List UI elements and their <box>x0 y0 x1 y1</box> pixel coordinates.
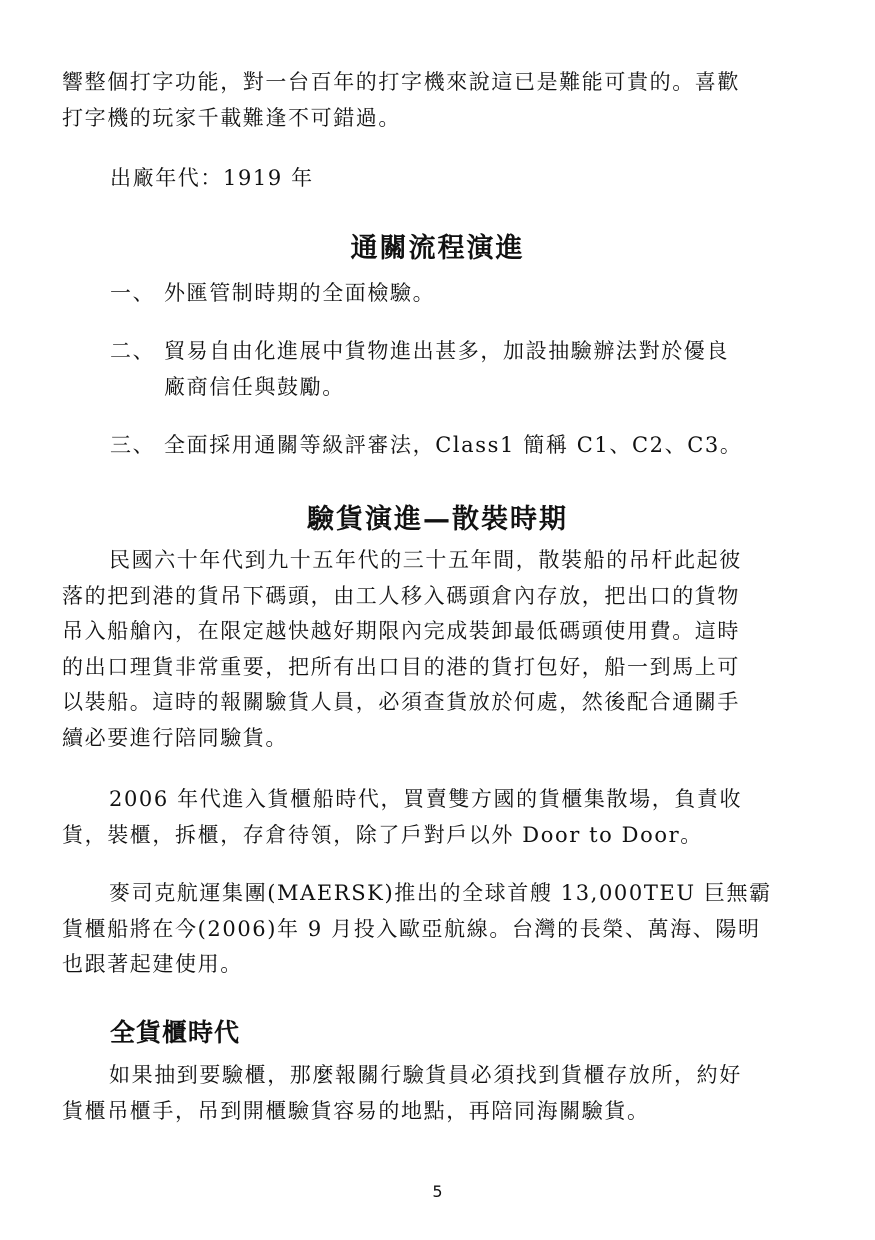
paragraph-line: 續必要進行陪同驗貨。 <box>62 721 810 757</box>
list-line: 外匯管制時期的全面檢驗。 <box>164 276 810 312</box>
list-marker: 一、 <box>110 276 164 312</box>
paragraph-line: 民國六十年代到九十五年代的三十五年間，散裝船的吊杆此起彼 <box>62 543 810 579</box>
list-text: 全面採用通關等級評審法，Class1 簡稱 C1、C2、C3。 <box>164 428 810 464</box>
section-heading-breakbulk: 驗貨演進—散裝時期 <box>0 497 875 536</box>
paragraph-line: 吊入船艙內，在限定越快越好期限內完成裝卸最低碼頭使用費。這時 <box>62 614 810 650</box>
paragraph-line: 落的把到港的貨吊下碼頭，由工人移入碼頭倉內存放，把出口的貨物 <box>62 579 810 615</box>
paragraph-line: 貨櫃吊櫃手，吊到開櫃驗貨容易的地點，再陪同海關驗貨。 <box>62 1094 810 1130</box>
paragraph-line: 2006 年代進入貨櫃船時代，買賣雙方國的貨櫃集散場，負責收 <box>62 782 810 818</box>
breakbulk-paragraph-1: 民國六十年代到九十五年代的三十五年間，散裝船的吊杆此起彼 落的把到港的貨吊下碼頭… <box>62 543 810 756</box>
document-page: 響整個打字功能，對一台百年的打字機來說這已是難能可貴的。喜歡 打字機的玩家千載難… <box>0 0 875 1240</box>
list-marker: 二、 <box>110 334 164 405</box>
manufacture-year-text: 出廠年代：1919 年 <box>110 161 858 197</box>
list-item-2: 二、 貿易自由化進展中貨物進出甚多，加設抽驗辦法對於優良 廠商信任與鼓勵。 <box>110 334 810 405</box>
paragraph-line: 貨，裝櫃，拆櫃，存倉待領，除了戶對戶以外 Door to Door。 <box>62 818 810 854</box>
section-heading-container: 全貨櫃時代 <box>110 1013 240 1049</box>
intro-line: 打字機的玩家千載難逢不可錯過。 <box>62 101 810 137</box>
container-paragraph: 如果抽到要驗櫃，那麼報關行驗貨員必須找到貨櫃存放所，約好 貨櫃吊櫃手，吊到開櫃驗… <box>62 1058 810 1129</box>
list-text: 貿易自由化進展中貨物進出甚多，加設抽驗辦法對於優良 廠商信任與鼓勵。 <box>164 334 810 405</box>
page-number: 5 <box>0 1182 875 1201</box>
intro-paragraph: 響整個打字功能，對一台百年的打字機來說這已是難能可貴的。喜歡 打字機的玩家千載難… <box>62 65 810 136</box>
breakbulk-paragraph-2: 2006 年代進入貨櫃船時代，買賣雙方國的貨櫃集散場，負責收 貨，裝櫃，拆櫃，存… <box>62 782 810 853</box>
paragraph-line: 的出口理貨非常重要，把所有出口目的港的貨打包好，船一到馬上可 <box>62 650 810 686</box>
list-line: 廠商信任與鼓勵。 <box>164 370 810 406</box>
paragraph-line: 也跟著起建使用。 <box>62 947 810 983</box>
intro-line: 響整個打字功能，對一台百年的打字機來說這已是難能可貴的。喜歡 <box>62 65 810 101</box>
paragraph-line: 麥司克航運集團(MAERSK)推出的全球首艘 13,000TEU 巨無霸 <box>62 876 810 912</box>
section-heading-customs: 通關流程演進 <box>0 226 875 265</box>
breakbulk-paragraph-3: 麥司克航運集團(MAERSK)推出的全球首艘 13,000TEU 巨無霸 貨櫃船… <box>62 876 810 983</box>
list-text: 外匯管制時期的全面檢驗。 <box>164 276 810 312</box>
paragraph-line: 以裝船。這時的報關驗貨人員，必須查貨放於何處，然後配合通關手 <box>62 685 810 721</box>
list-item-1: 一、 外匯管制時期的全面檢驗。 <box>110 276 810 312</box>
list-item-3: 三、 全面採用通關等級評審法，Class1 簡稱 C1、C2、C3。 <box>110 428 810 464</box>
list-line: 全面採用通關等級評審法，Class1 簡稱 C1、C2、C3。 <box>164 428 810 464</box>
manufacture-year: 出廠年代：1919 年 <box>110 161 858 197</box>
list-marker: 三、 <box>110 428 164 464</box>
paragraph-line: 如果抽到要驗櫃，那麼報關行驗貨員必須找到貨櫃存放所，約好 <box>62 1058 810 1094</box>
list-line: 貿易自由化進展中貨物進出甚多，加設抽驗辦法對於優良 <box>164 334 810 370</box>
paragraph-line: 貨櫃船將在今(2006)年 9 月投入歐亞航線。台灣的長榮、萬海、陽明 <box>62 912 810 948</box>
